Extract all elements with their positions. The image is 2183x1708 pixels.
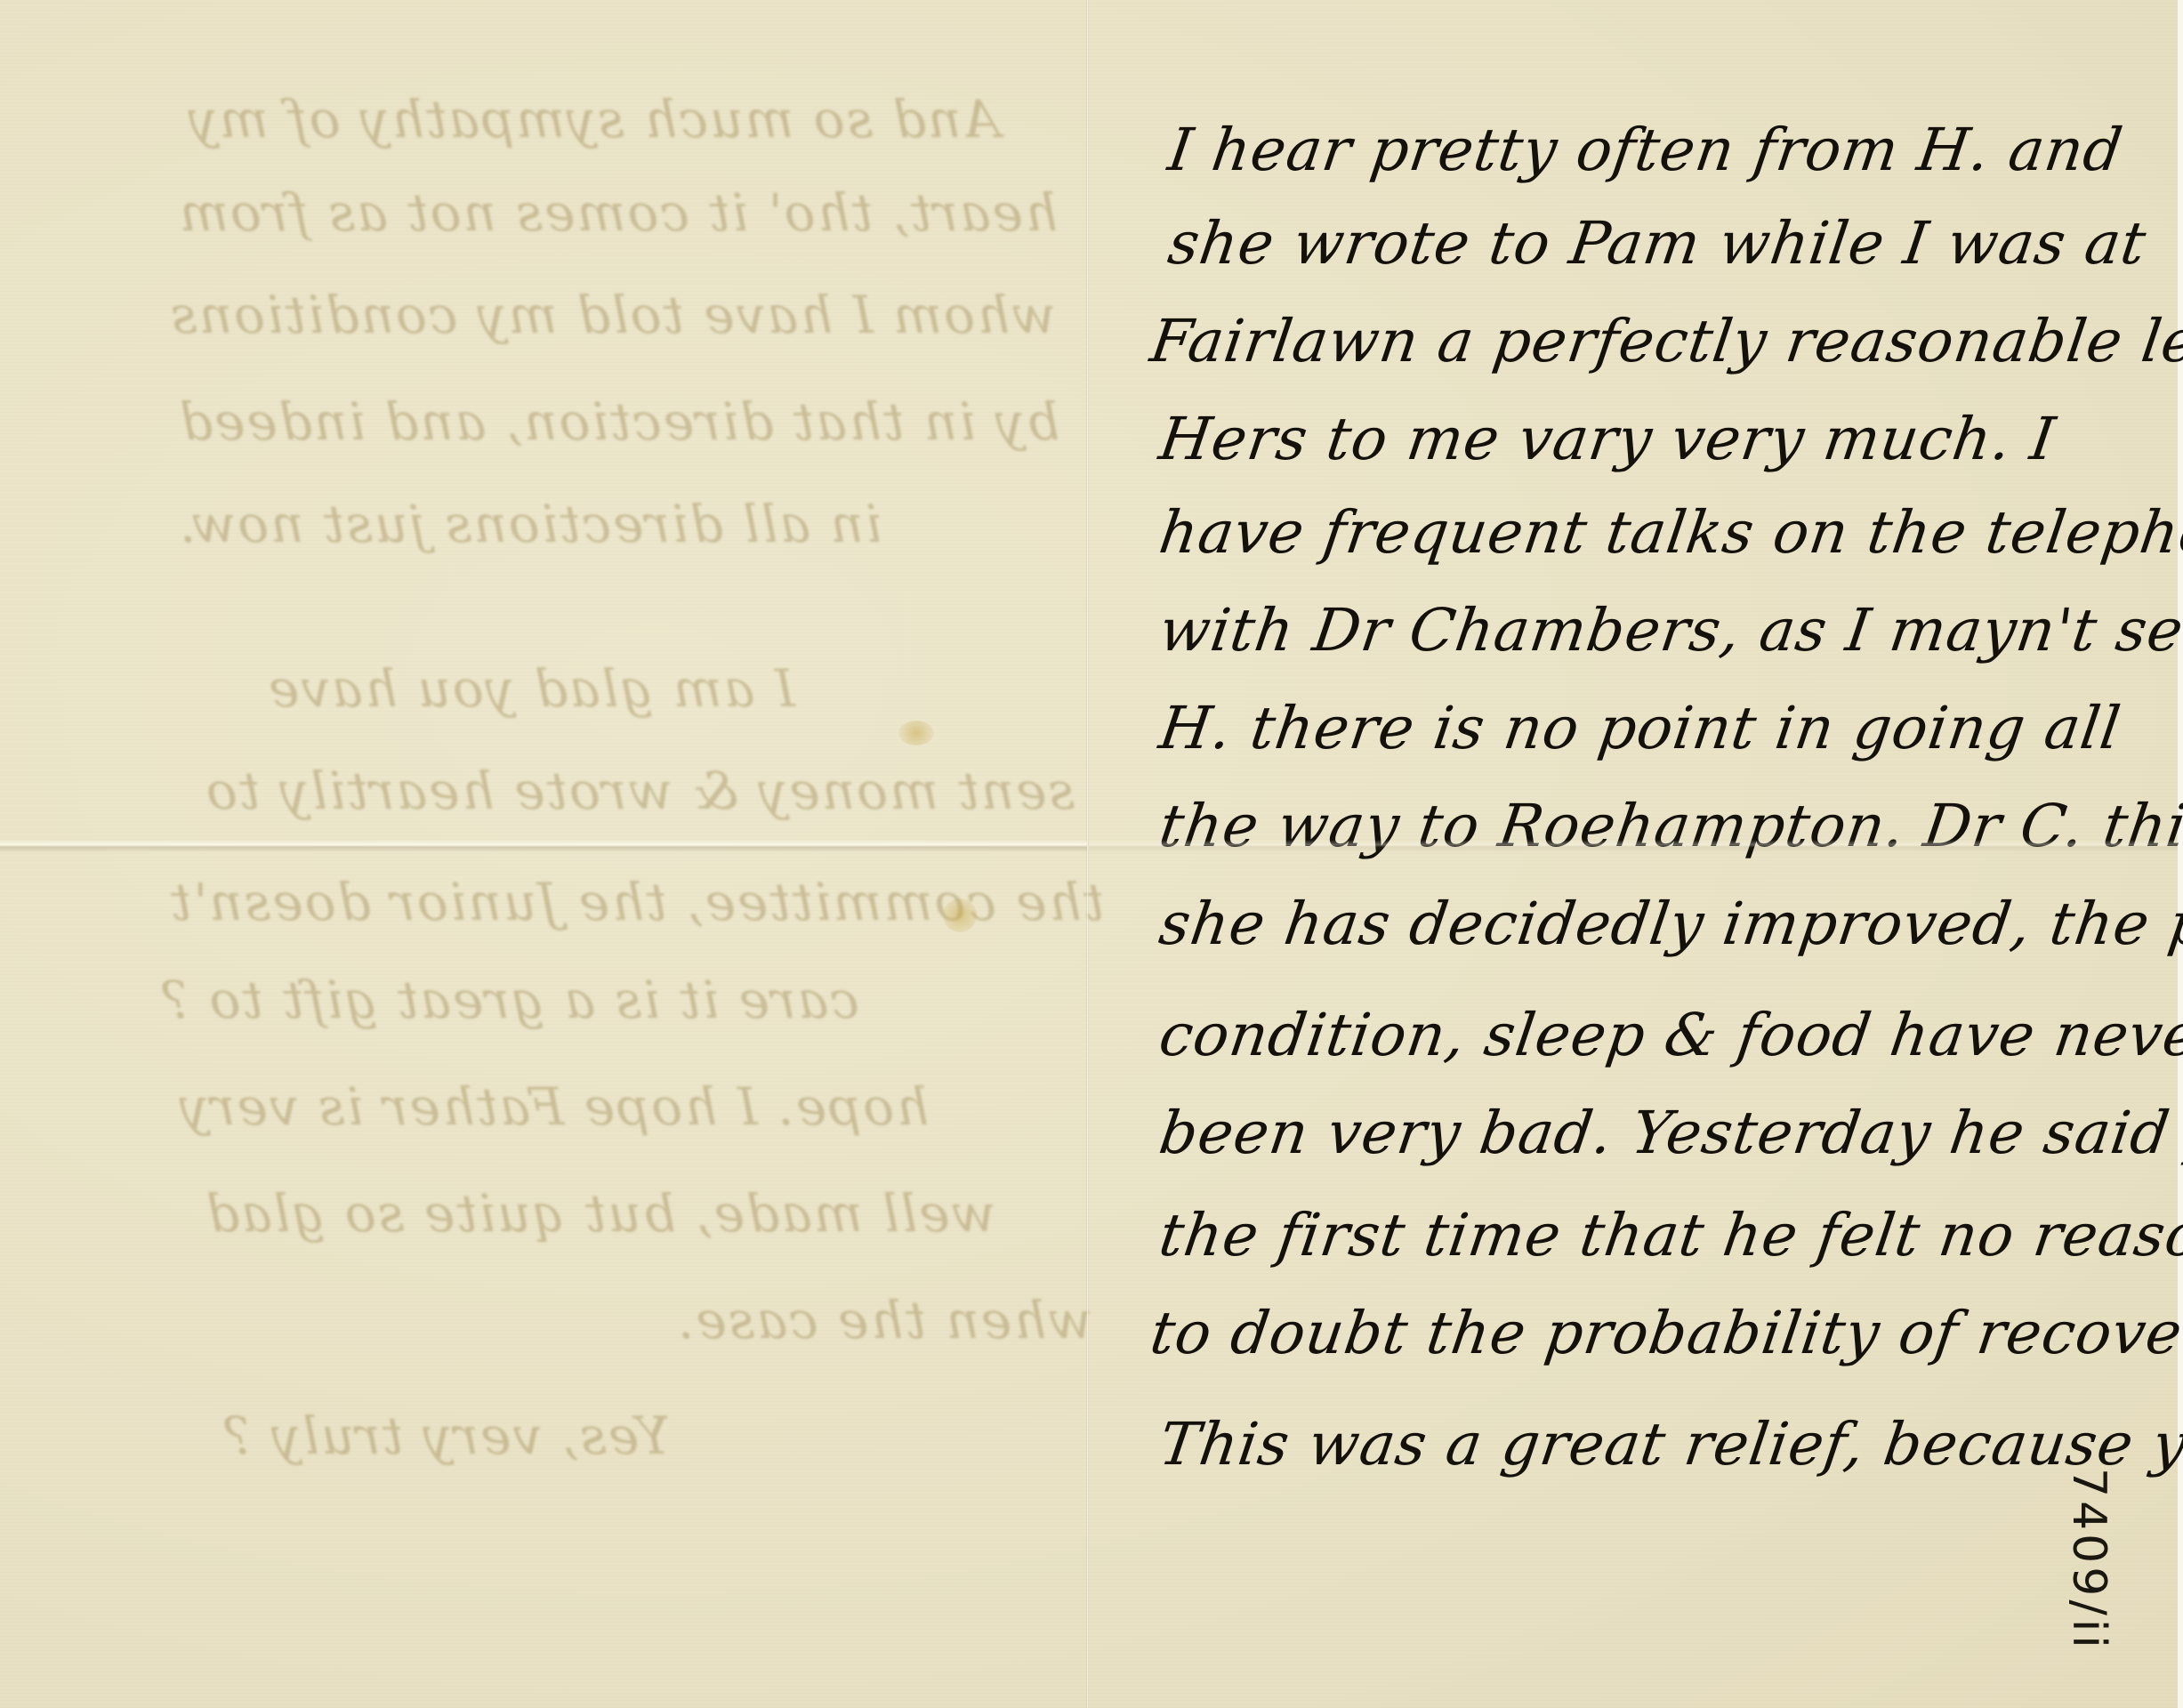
letter-line: H. there is no point in going all — [1156, 694, 2125, 762]
letter-line: condition, sleep & food have never — [1156, 1001, 2183, 1069]
showthrough-line: hope. I hope Father is very — [178, 1076, 929, 1137]
horizontal-fold-right — [1089, 840, 2178, 852]
center-fold — [1086, 0, 1089, 1708]
letter-line: been very bad. Yesterday he said for — [1156, 1099, 2183, 1167]
letter-line: the first time that he felt no reason — [1156, 1201, 2183, 1269]
letter-line: she wrote to Pam while I was at — [1164, 209, 2151, 278]
showthrough-line: heart, tho' it comes not as from — [178, 182, 1058, 243]
letter-line: she has decidedly improved, the physical — [1156, 890, 2183, 958]
letter-line: to doubt the probability of recovery — [1147, 1299, 2183, 1367]
right-page: I hear pretty often from H. and she wrot… — [1089, 0, 2178, 1708]
showthrough-line: I am glad you have — [267, 658, 795, 719]
catalogue-annotation: 7409/ii — [2062, 1468, 2115, 1652]
showthrough-line: care it is a great gift to ? — [160, 970, 859, 1030]
ink-stain — [943, 898, 977, 932]
showthrough-line: when the case. — [676, 1290, 1092, 1350]
ink-stain — [898, 721, 934, 745]
showthrough-line: sent money & wrote heartily to — [205, 761, 1075, 821]
showthrough-line: well made, but quite so glad — [205, 1183, 995, 1244]
horizontal-fold-left — [0, 840, 1087, 852]
left-page: And so much sympathy of my heart, tho' i… — [0, 0, 1086, 1708]
letter-line: Fairlawn a perfectly reasonable letter. — [1147, 307, 2183, 375]
letter-line: This was a great relief, because you — [1156, 1410, 2183, 1478]
showthrough-line: by in that direction, and indeed — [178, 391, 1059, 452]
letter-line: Hers to me vary very much. I — [1156, 405, 2060, 473]
letter-line: I hear pretty often from H. and — [1164, 116, 2128, 184]
letter-line: with Dr Chambers, as I mayn't see — [1156, 596, 2183, 665]
showthrough-line: Yes, very truly ? — [222, 1406, 670, 1466]
letter-line: have frequent talks on the telephone — [1156, 498, 2183, 567]
showthrough-line: whom I have told my conditions — [169, 285, 1056, 345]
showthrough-line: in all directions just now. — [178, 494, 882, 554]
showthrough-line: And so much sympathy of my — [187, 89, 1000, 149]
